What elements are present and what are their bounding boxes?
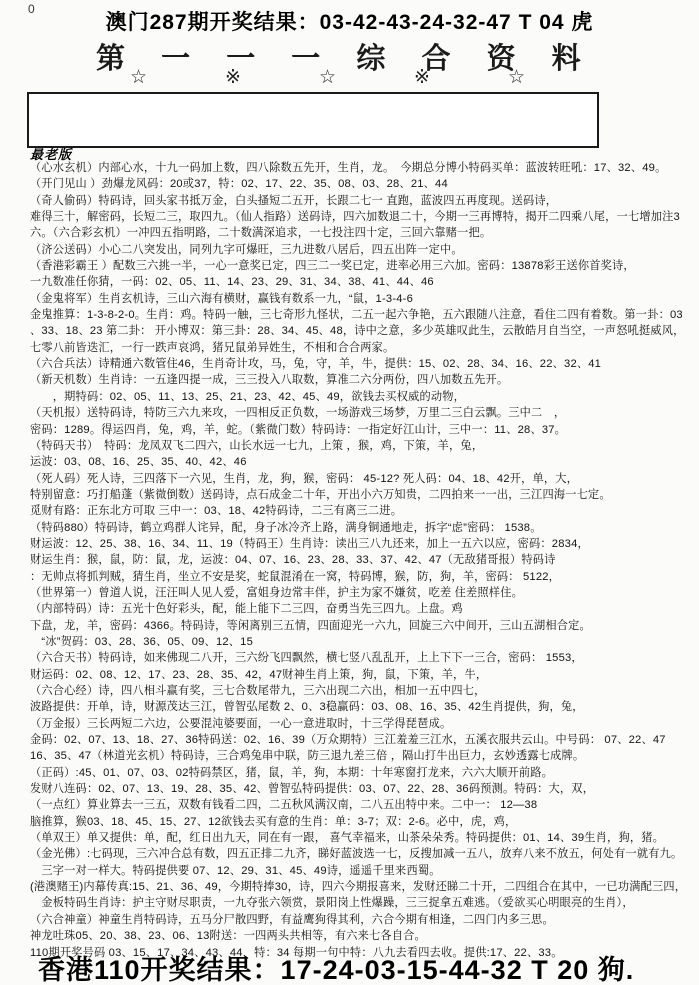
body-line: （六合神童）神童生肖特码诗，五马分尸散四野，有益鹰狗得其利，六合今期有相逢，二四…	[30, 912, 695, 928]
body-line: 觅财有路：正东北方可取 三中一：03、18、42特码诗，二三有离三二进。	[30, 503, 695, 519]
tips-text-body: （心水玄机）内部心水，十九一码加上数，四八除数五先开，生肖，龙。 今期总分博小特…	[30, 160, 695, 961]
body-line: 神龙吐珠05、20、38、23、06、13附送：一四两头共相等，有六来七各自合。	[30, 928, 695, 944]
body-line: 三字一对一样大。特码提供要 07、12、29、31、45、49诗，遥遥千里来西蜀…	[30, 863, 695, 879]
body-line: （正码）:45、01、07、03、02特码禁区，猪，鼠，羊，狗，本期：十年寒窗打…	[30, 765, 695, 781]
body-line: （新天机数）生肖诗：一五逢四提一成，三三投入八取数，算准二六分两份，四八加数五先…	[30, 372, 695, 388]
body-line: 财运波：12、25、38、16、34、11、19（特码王）生肖诗：读出三八九还来…	[30, 536, 695, 552]
body-line: 一九数准任你猜，一码：02、05、11、14、23、29、31、34、38、41…	[30, 274, 695, 290]
body-line: （单双王）单又提供：单，配，红日出九天，同在有一跟， 喜气幸福来，山茶朵朵秀。特…	[30, 830, 695, 846]
decorative-stars-row: ☆※☆※☆	[130, 66, 525, 90]
body-line: （六合心经）诗，四八相斗赢有奖，三七合数尾带九，三六出现二六出，相加一五中四七，	[30, 683, 695, 699]
body-line: （心水玄机）内部心水，十九一码加上数，四八除数五先开，生肖，龙。 今期总分博小特…	[30, 160, 695, 176]
body-line: ，期特码：02、05、11、13、25、21、23、42、45、49，欲钱去买权…	[30, 389, 695, 405]
macau-draw-result-header: 澳门287期开奖结果：03-42-43-24-32-47 T 04 虎	[0, 6, 699, 36]
star-icon: ☆	[508, 66, 525, 90]
body-line: 波路提供：开单，诗，财源茂达三江，曾智弘尾数 2、0、3稳赢码：03、08、16…	[30, 699, 695, 715]
body-line: （特码天书） 特码：龙凤双飞二四六，山长水远一七九，上策 ，猴，鸡，下策，羊，兔…	[30, 438, 695, 454]
body-line: 金板特码生肖诗：护主守财尽职责，一九夺张六领赏，景阳岗上性爆躁，三三捉拿五难逃。…	[30, 895, 695, 911]
body-line: 六。（六合彩玄机）一冲四五指明路，二十数满深追求，一七投注四十定，三回六靠赌一把…	[30, 225, 695, 241]
body-line: 下盘，龙，羊，密码：4366。特码诗，等闲离别三五情，四面迎光一六九，回旋三六中…	[30, 618, 695, 634]
body-line: （内部特码）诗：五光十色好彩头，配，能上能下二三四，奋勇当先三四九。上盘。鸡	[30, 601, 695, 617]
body-line: 密码：1289。得运四肖，兔，鸡，羊，蛇。（紫微门数）特码诗：一指定好江山计，三…	[30, 422, 695, 438]
body-line: （金鬼将军）生肖玄机诗，三山六海有横财，赢钱有数系一九，“鼠，1-3-4-6	[30, 291, 695, 307]
hongkong-draw-result-overlay: 香港110开奖结果：17-24-03-15-44-32 T 20 狗.	[38, 948, 699, 985]
body-line: （一点红）算业算去一三五，双数有钱看二四，二五秋风满汉南，二八五出特中来。二中一…	[30, 797, 695, 813]
body-line: 金鬼推算：1-3-8-2-0。生肖：鸡。特码一触，三七奇形九怪状，二五一起六争艳…	[30, 307, 695, 323]
body-line: 16、35、47（林道光玄机）特码诗，三合鸡兔串中联，防三退九差三倍 ，隔山打牛…	[30, 748, 695, 764]
body-line: （万金报）三长两短二六边，公要混沌婆要面，一心一意进取时，十三学得琵琶成。	[30, 716, 695, 732]
body-line: 难得三十，解密码，长短二三，取四九。（仙人指路）送码诗，四六加数退二十，今期一三…	[30, 209, 695, 225]
body-line: 、33、18、23 第二卦： 开小博双：第三卦：28、34、45、48，诗中之意…	[30, 323, 695, 339]
body-line: 运波：03、08、16、25、35、40、42、46	[30, 454, 695, 470]
body-line: 特别留意：巧打船蓬（紫微倒数）送码诗，点石成金二十年，开出小六万知贵，二四拍来一…	[30, 487, 695, 503]
body-line: 脑推算，猴03、18、45、15、27、12欲钱去买有意的生肖：单：3-7；双：…	[30, 814, 695, 830]
body-line: （奇人偷码）特码诗，回头家书抵万金，白头搔短二五开，长跟二七一 直跑，蓝波四五再…	[30, 193, 695, 209]
body-line: ：无帅点将抓判贼，猜生肖，坐立不安是奖，蛇鼠混淆在一窝，特码博，猴，防，狗，羊，…	[30, 569, 695, 585]
body-line: （天机报）送特码诗，特防三六九来攻，一四相反正负数，一场游戏三场梦，万里二三白云…	[30, 405, 695, 421]
body-line: （金光佛）:七码现，三六冲合总有数，四五正排二九齐，睇好蓝波选一七，反搜加减一五…	[30, 846, 695, 862]
blank-content-box	[27, 92, 599, 148]
body-line: （六合兵法）诗精通六数管住46，生肖奇计攻，马，兔，守，羊，牛，提供：15、02…	[30, 356, 695, 372]
body-line: （死人码）死人诗，三四落下一六见，生肖，龙，狗，猴，密码： 45-12? 死人码…	[30, 471, 695, 487]
body-line: (港澳赌王)内幕传真:15、21、36、49，今期特捧30，诗，四六今期报喜来，…	[30, 879, 695, 895]
star-icon: ☆	[319, 66, 336, 90]
star-icon: ※	[414, 66, 430, 90]
body-line: 财运码：02、08、12、17、23、28、35、42，47财神生肖上策，狗，鼠…	[30, 667, 695, 683]
scanned-lottery-sheet: 0 澳门287期开奖结果：03-42-43-24-32-47 T 04 虎 第 …	[0, 0, 699, 985]
star-icon: ※	[225, 66, 241, 90]
body-line: （特码880）特码诗，鹤立鸡群人诧异，配，身子冰冷齐上路，满身铜通地走，拆字“虑…	[30, 520, 695, 536]
body-line: （六合天书）特码诗，如来佛现二八开，三六纷飞四飘然，横七竖八乱乱开，上上下下一三…	[30, 650, 695, 666]
body-line: 财运生肖：猴，鼠，防：鼠，龙，运波：04、07、16、23、28、33、37、4…	[30, 552, 695, 568]
body-line: 金码：02、07、13、18、27、36特码送：02、16、39（万众期特）三江…	[30, 732, 695, 748]
body-line: 发财八连码：02、07、13、19、28、35、42、曾智弘特码提供：03、07…	[30, 781, 695, 797]
star-icon: ☆	[130, 66, 147, 90]
body-line: （世界第一）曾道人说，汪汪叫人见人爱，富姐身边常丰伴，护主为家不嫌贫，吃差 住差…	[30, 585, 695, 601]
body-line: 七零八前皆迭汇，一行一跌声哀鸿，猪兄鼠弟异姓生，不相和合合两家。	[30, 340, 695, 356]
body-line: （香港彩霸王 ）配数三六挑一半，一心一意奖已定，四三二一奖已定，进率必用三六加。…	[30, 258, 695, 274]
body-line: （济公送码）小心二八突发出，同列九字可爆旺，三九进数八居后，四五出阵一定中。	[30, 242, 695, 258]
body-line: “冰”贺码：03、28、36、05、09、12、15	[30, 634, 695, 650]
body-line: （开门见山 ）劲爆龙风码：20或37，特：02、17、22、35、08、03、2…	[30, 176, 695, 192]
